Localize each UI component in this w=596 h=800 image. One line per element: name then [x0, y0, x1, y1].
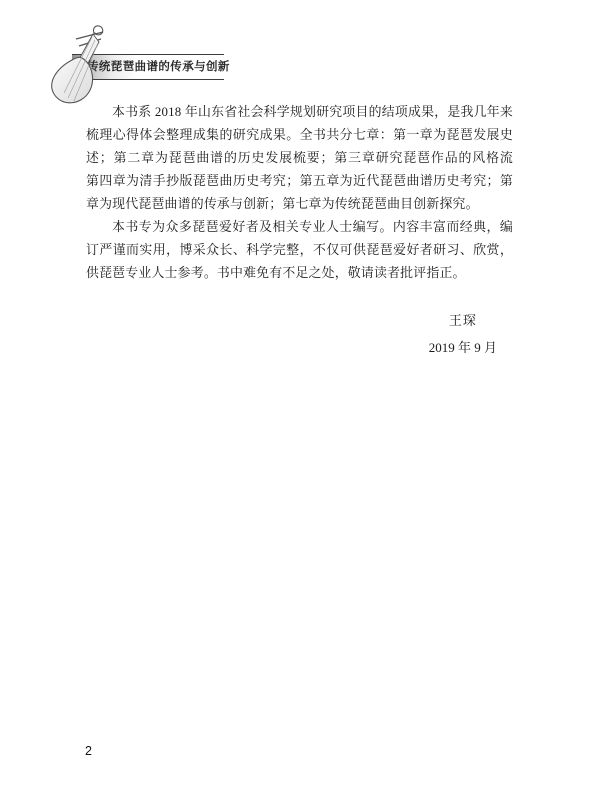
book-page: 传统琵琶曲谱的传承与创新 本书系 2018 年山东省社会科学规划研究项目的结项成…: [0, 0, 596, 800]
paragraph-2-line-2: 订严谨而实用，博采众长、科学完整，不仅可供琵琶爱好者研习、欣赏，也可: [86, 239, 513, 262]
preface-body: 本书系 2018 年山东省社会科学规划研究项目的结项成果，是我几年来 梳理心得体…: [86, 101, 513, 285]
signature-date: 2019 年 9 月: [429, 336, 497, 359]
paragraph-1-line-5: 章为现代琵琶曲谱的传承与创新；第七章为传统琵琶曲目创新探究。: [86, 193, 513, 216]
paragraph-1-line-2: 梳理心得体会整理成集的研究成果。全书共分七章：第一章为琵琶发展史辑: [86, 124, 513, 147]
author-name: 王琛: [429, 309, 497, 332]
paragraph-1-line-4: 第四章为清手抄版琵琶曲历史考究；第五章为近代琵琶曲谱历史考究；第六: [86, 170, 513, 193]
paragraph-2-line-1: 本书专为众多琵琶爱好者及相关专业人士编写。内容丰富而经典，编: [86, 216, 513, 239]
signature-block: 王琛 2019 年 9 月: [429, 309, 497, 359]
paragraph-1-line-3: 述；第二章为琵琶曲谱的历史发展梳要；第三章研究琵琶作品的风格流派；: [86, 147, 513, 170]
paragraph-2-line-3: 供琵琶专业人士参考。书中难免有不足之处，敬请读者批评指正。: [86, 262, 513, 285]
paragraph-1-line-1: 本书系 2018 年山东省社会科学规划研究项目的结项成果，是我几年来: [86, 101, 513, 124]
page-number: 2: [85, 744, 92, 758]
pipa-instrument-icon: [46, 24, 108, 110]
